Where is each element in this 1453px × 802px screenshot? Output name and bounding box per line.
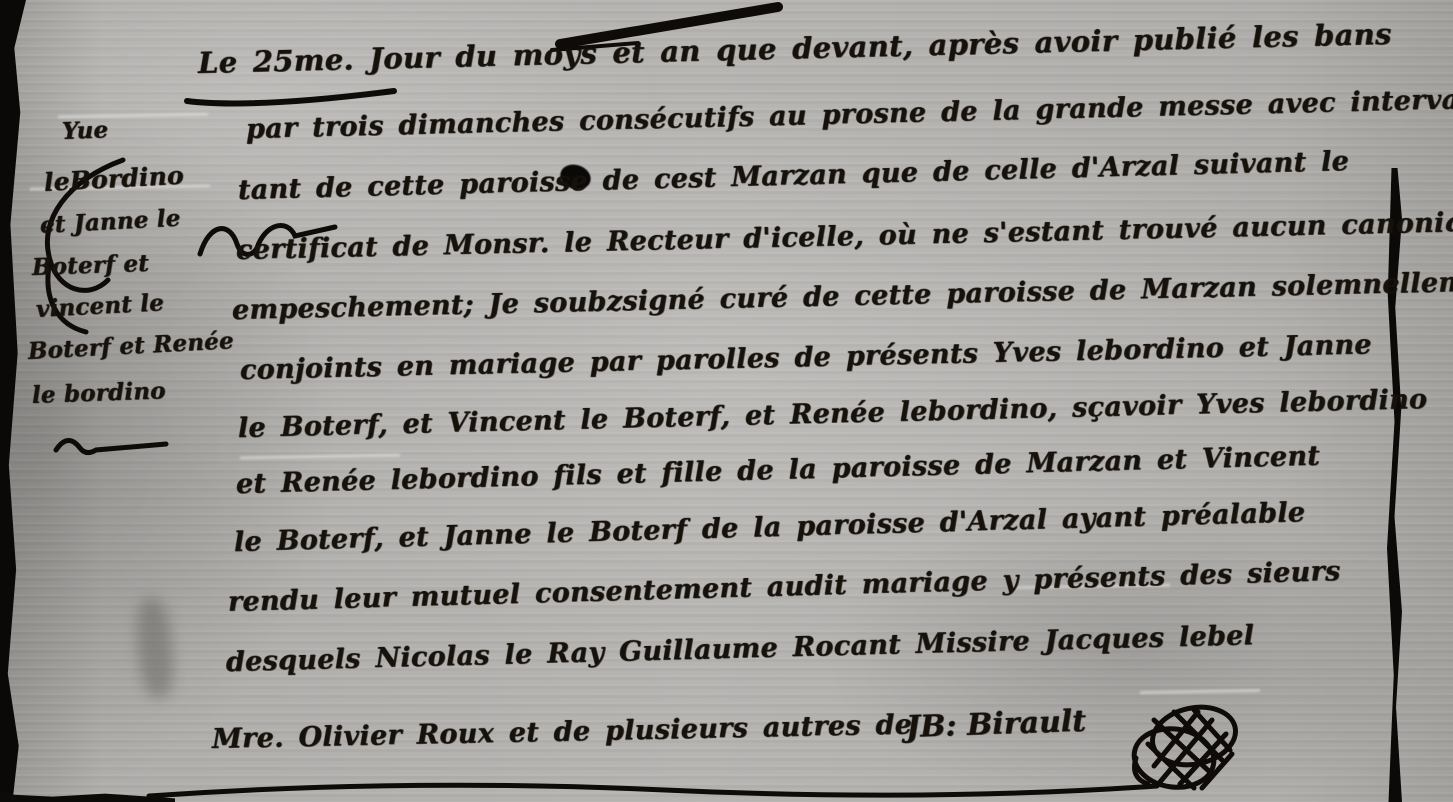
underline-flourish <box>182 86 402 110</box>
margin-line: Yue <box>62 116 109 145</box>
margin-flourish <box>48 428 178 468</box>
text-line: rendu leur mutuel consentement audit mar… <box>228 556 1341 618</box>
smudge-mark <box>134 597 177 700</box>
margin-line: le bordino <box>32 377 167 409</box>
text-line: par trois dimanches consécutifs au prosn… <box>246 83 1453 145</box>
text-line: conjoints en mariage par parolles de pré… <box>240 329 1373 386</box>
text-line: le Boterf, et Vincent le Boterf, et René… <box>238 384 1428 444</box>
text-line: et Renée lebordino fils et fille de la p… <box>236 441 1321 500</box>
margin-line: Boterf et <box>32 250 150 281</box>
text-line: certificat de Monsr. le Recteur d'icelle… <box>236 206 1453 266</box>
gutter-shadow-left <box>0 0 26 802</box>
text-line: empeschement; Je soubzsigné curé de cett… <box>232 264 1453 326</box>
page-edge-right <box>1387 168 1402 802</box>
signature: JB: Birault <box>905 704 1086 745</box>
text-line: desquels Nicolas le Ray Guillaume Rocant… <box>226 620 1255 678</box>
scratch-mark <box>240 454 400 460</box>
text-line: le Boterf, et Janne le Boterf de la paro… <box>234 497 1306 558</box>
scratch-mark <box>1140 689 1260 694</box>
manuscript-page: Yue leBordino et Janne le Boterf et vinc… <box>0 0 1453 802</box>
text-line: tant de cette paroisse de cest Marzan qu… <box>238 146 1350 206</box>
bottom-curve-stroke <box>145 776 1165 802</box>
text-line: Mre. Olivier Roux et de plusieurs autres… <box>212 709 913 755</box>
